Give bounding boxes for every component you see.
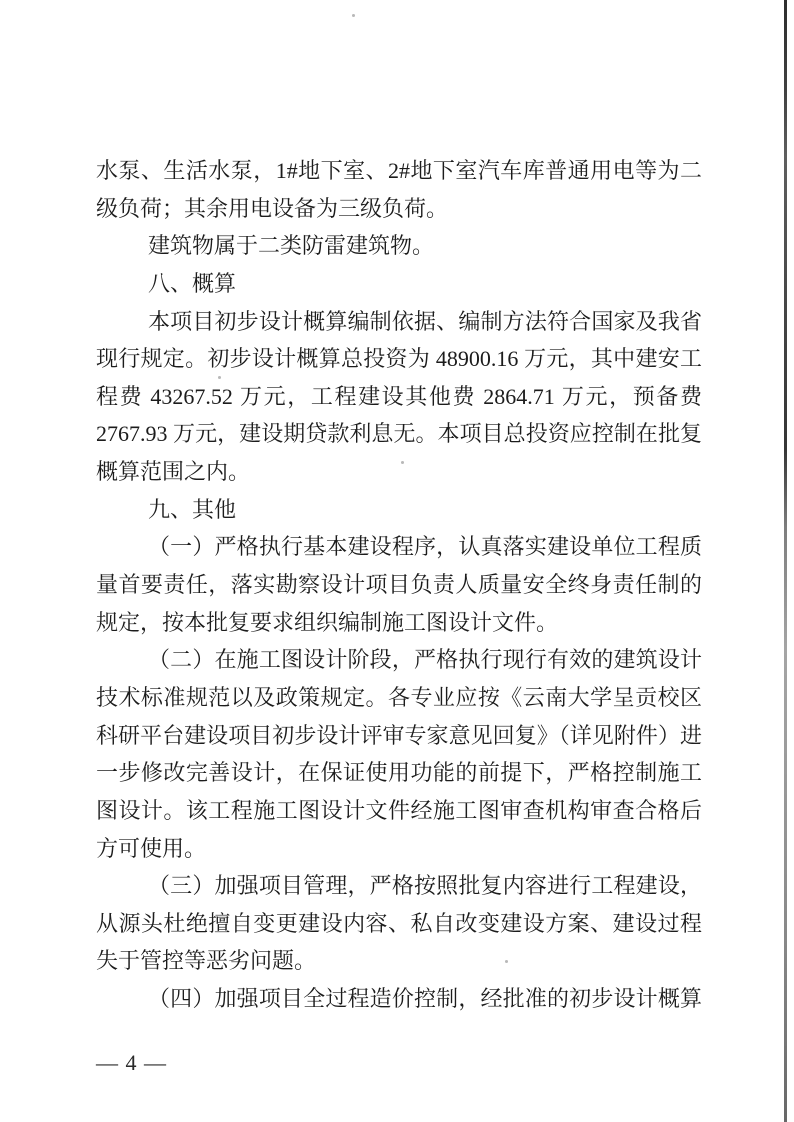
text-line: 水泵、生活水泵，1#地下室、2#地下室汽车库普通用电等为二 [96,152,702,190]
scan-speck [352,14,355,17]
text-line: 八、概算 [96,265,702,303]
text-line: （一）严格执行基本建设程序，认真落实建设单位工程质 [96,528,702,566]
page-number: — 4 — [96,1047,167,1079]
scan-speck [505,960,508,963]
text-line: 一步修改完善设计，在保证使用功能的前提下，严格控制施工 [96,754,702,792]
text-line: 失于管控等恶劣问题。 [96,942,702,980]
scan-speck [218,376,221,379]
text-line: 规定，按本批复要求组织编制施工图设计文件。 [96,604,702,642]
section-heading: 九、其他 [96,491,702,529]
text-line: 科研平台建设项目初步设计评审专家意见回复》（详见附件）进 [96,717,702,755]
text-line: 2767.93 万元，建设期贷款利息无。本项目总投资应控制在批复 [96,415,702,453]
paragraph: （四）加强项目全过程造价控制，经批准的初步设计概算 [96,980,702,1018]
text-line: 现行规定。初步设计概算总投资为 48900.16 万元，其中建安工 [96,340,702,378]
paragraph: （二）在施工图设计阶段，严格执行现行有效的建筑设计技术标准规范以及政策规定。各专… [96,641,702,867]
text-line: 量首要责任，落实勘察设计项目负责人质量安全终身责任制的 [96,566,702,604]
text-line: 程费 43267.52 万元，工程建设其他费 2864.71 万元，预备费 [96,378,702,416]
paragraph: （三）加强项目管理，严格按照批复内容进行工程建设，从源头杜绝擅自变更建设内容、私… [96,867,702,980]
scan-edge-artifact [784,0,787,1122]
text-line: （二）在施工图设计阶段，严格执行现行有效的建筑设计 [96,641,702,679]
document-page: 水泵、生活水泵，1#地下室、2#地下室汽车库普通用电等为二级负荷；其余用电设备为… [0,0,794,1122]
text-line: （四）加强项目全过程造价控制，经批准的初步设计概算 [96,980,702,1018]
text-line: （三）加强项目管理，严格按照批复内容进行工程建设， [96,867,702,905]
text-line: 九、其他 [96,491,702,529]
text-line: 技术标准规范以及政策规定。各专业应按《云南大学呈贡校区 [96,679,702,717]
text-line: 级负荷；其余用电设备为三级负荷。 [96,190,702,228]
section-heading: 八、概算 [96,265,702,303]
text-line: 方可使用。 [96,830,702,868]
paragraph: 水泵、生活水泵，1#地下室、2#地下室汽车库普通用电等为二级负荷；其余用电设备为… [96,152,702,227]
text-line: 建筑物属于二类防雷建筑物。 [96,227,702,265]
paragraph: 本项目初步设计概算编制依据、编制方法符合国家及我省现行规定。初步设计概算总投资为… [96,303,702,491]
text-line: 本项目初步设计概算编制依据、编制方法符合国家及我省 [96,303,702,341]
paragraph: 建筑物属于二类防雷建筑物。 [96,227,702,265]
paragraph: （一）严格执行基本建设程序，认真落实建设单位工程质量首要责任，落实勘察设计项目负… [96,528,702,641]
text-line: 从源头杜绝擅自变更建设内容、私自改变建设方案、建设过程 [96,905,702,943]
scan-speck [401,461,404,464]
text-line: 图设计。该工程施工图设计文件经施工图审查机构审查合格后 [96,792,702,830]
text-line: 概算范围之内。 [96,453,702,491]
document-body: 水泵、生活水泵，1#地下室、2#地下室汽车库普通用电等为二级负荷；其余用电设备为… [96,152,702,1018]
